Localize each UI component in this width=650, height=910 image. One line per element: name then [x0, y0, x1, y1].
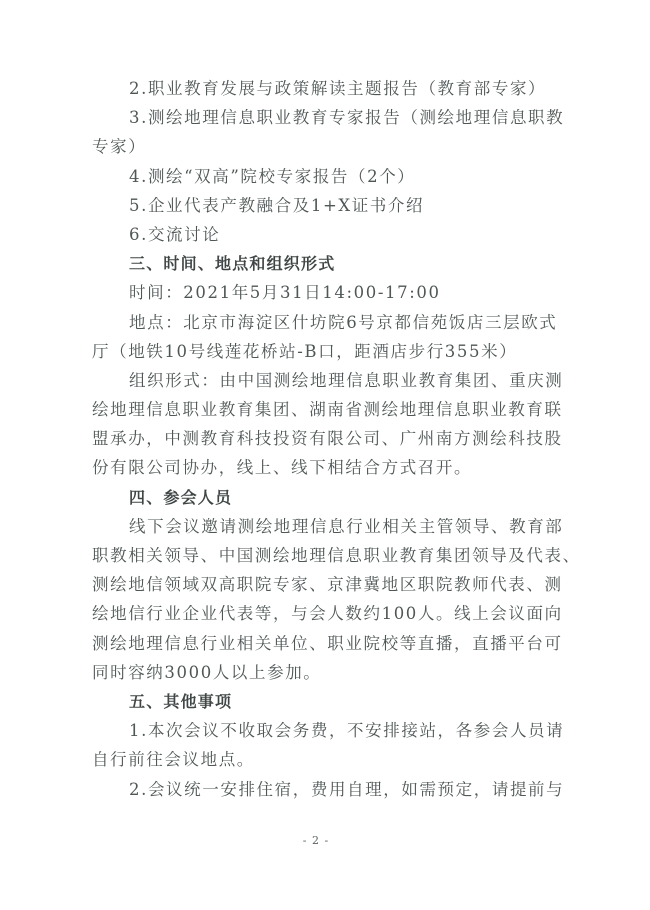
participants-line-1: 线下会议邀请测绘地理信息行业相关主管领导、教育部 — [92, 512, 562, 541]
other-item-1-line-1: 1.本次会议不收取会务费，不安排接站，各参会人员请 — [92, 716, 562, 745]
agenda-item-3-line-1: 3.测绘地理信息职业教育专家报告（测绘地理信息职教 — [92, 103, 562, 132]
page-number: - 2 - — [0, 834, 632, 847]
participants-paragraph: 线下会议邀请测绘地理信息行业相关主管领导、教育部 职教相关领导、中国测绘地理信息… — [92, 512, 562, 687]
agenda-item-3-line-2: 专家） — [92, 132, 562, 161]
other-item-2: 2.会议统一安排住宿，费用自理，如需预定，请提前与 — [92, 775, 562, 804]
other-item-1-line-2: 自行前往会议地点。 — [92, 745, 562, 774]
organization-form-line-3: 盟承办，中测教育科技投资有限公司、广州南方测绘科技股 — [92, 424, 562, 453]
agenda-item-6: 6.交流讨论 — [92, 220, 562, 249]
meeting-location: 地点：北京市海淀区什坊院6号京都信苑饭店三层欧式 厅（地铁10号线莲花桥站-B口… — [92, 308, 562, 366]
agenda-item-3: 3.测绘地理信息职业教育专家报告（测绘地理信息职教 专家） — [92, 103, 562, 161]
organization-form-line-1: 组织形式：由中国测绘地理信息职业教育集团、重庆测 — [92, 366, 562, 395]
meeting-location-line-1: 地点：北京市海淀区什坊院6号京都信苑饭店三层欧式 — [92, 308, 562, 337]
organization-form-line-2: 绘地理信息职业教育集团、湖南省测绘地理信息职业教育联 — [92, 395, 562, 424]
agenda-item-4: 4.测绘“双高”院校专家报告（2个） — [92, 162, 562, 191]
section-5-heading: 五、其他事项 — [92, 687, 562, 716]
document-page: 2.职业教育发展与政策解读主题报告（教育部专家） 3.测绘地理信息职业教育专家报… — [0, 0, 650, 910]
section-3-heading: 三、时间、地点和组织形式 — [92, 249, 562, 278]
document-body: 2.职业教育发展与政策解读主题报告（教育部专家） 3.测绘地理信息职业教育专家报… — [92, 74, 562, 804]
participants-line-3: 测绘地信领域双高职院专家、京津冀地区职院教师代表、测 — [92, 570, 562, 599]
section-4-heading: 四、参会人员 — [92, 483, 562, 512]
participants-line-2: 职教相关领导、中国测绘地理信息职业教育集团领导及代表、 — [92, 541, 562, 570]
organization-form: 组织形式：由中国测绘地理信息职业教育集团、重庆测 绘地理信息职业教育集团、湖南省… — [92, 366, 562, 483]
agenda-item-5: 5.企业代表产教融合及1+X证书介绍 — [92, 191, 562, 220]
organization-form-line-4: 份有限公司协办，线上、线下相结合方式召开。 — [92, 453, 562, 482]
meeting-time: 时间：2021年5月31日14:00-17:00 — [92, 278, 562, 307]
participants-line-4: 绘地信行业企业代表等，与会人数约100人。线上会议面向 — [92, 599, 562, 628]
agenda-item-2: 2.职业教育发展与政策解读主题报告（教育部专家） — [92, 74, 562, 103]
participants-line-5: 测绘地理信息行业相关单位、职业院校等直播，直播平台可 — [92, 629, 562, 658]
other-item-1: 1.本次会议不收取会务费，不安排接站，各参会人员请 自行前往会议地点。 — [92, 716, 562, 774]
meeting-location-line-2: 厅（地铁10号线莲花桥站-B口，距酒店步行355米） — [92, 337, 562, 366]
participants-line-6: 同时容纳3000人以上参加。 — [92, 658, 562, 687]
